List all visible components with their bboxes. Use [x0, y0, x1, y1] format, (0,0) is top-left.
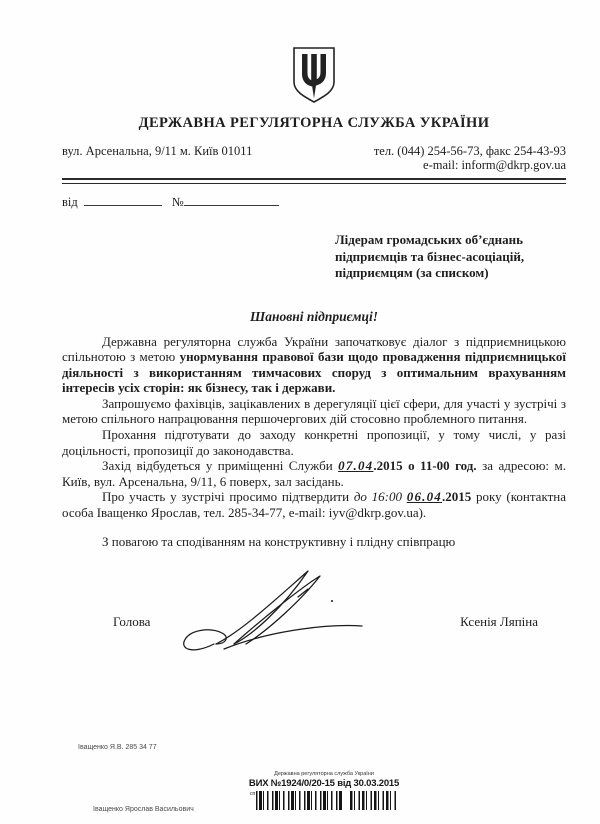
barcode-label: сп	[250, 791, 255, 797]
signature-block: Голова Ксенія Ляпіна	[62, 597, 566, 667]
paragraph-text: Запрошуємо фахівців, зацікавлених в дере…	[62, 396, 566, 427]
recipient-block: Лідерам громадських об’єднань підприємці…	[335, 232, 566, 282]
signer-name: Ксенія Ляпіна	[460, 614, 538, 630]
letter-content: ДЕРЖАВНА РЕГУЛЯТОРНА СЛУЖБА УКРАЇНИ вул.…	[0, 0, 600, 667]
letter-body: Державна регуляторна служба України запо…	[62, 334, 566, 550]
paragraph-bold-text: .2015	[442, 489, 471, 504]
handwritten-date: 06.04	[407, 489, 442, 504]
handwritten-signature-icon	[180, 563, 395, 663]
paragraph-italic-text: до 16:00	[354, 489, 407, 504]
number-label: №	[172, 195, 184, 209]
date-label: від	[62, 195, 78, 209]
recipient-line: підприємцям (за списком)	[335, 265, 566, 282]
salutation: Шановні підприємці!	[62, 309, 566, 325]
closing-line: З повагою та сподіванням на конструктивн…	[62, 534, 566, 550]
paragraph-text: Прохання підготувати до заходу конкретні…	[62, 427, 566, 458]
stamp-org-name: Державна регуляторна служба України	[248, 771, 400, 777]
executor-full-name: Іващенко Ярослав Васильович	[93, 806, 194, 813]
recipient-line: підприємців та бізнес-асоціацій,	[335, 249, 566, 266]
org-phone-fax: тел. (044) 254-56-73, факс 254-43-93	[374, 144, 566, 158]
paragraph-text: Про участь у зустрічі просимо підтвердит…	[102, 489, 354, 504]
recipient-line: Лідерам громадських об’єднань	[335, 232, 566, 249]
org-email: e-mail: inform@dkrp.gov.ua	[423, 158, 566, 172]
closing-text: З повагою та сподіванням на конструктивн…	[102, 534, 455, 549]
date-blank-field	[84, 193, 162, 206]
registration-barcode-icon	[256, 791, 342, 810]
body-paragraph-5: Про участь у зустрічі просимо підтвердит…	[62, 489, 566, 520]
executor-contact-small: Іващенко Я.В. 285 34 77	[78, 744, 157, 751]
letterhead-divider	[62, 178, 566, 184]
ukraine-trident-emblem-icon	[288, 46, 340, 104]
barcode-row: сп	[250, 791, 400, 810]
org-phone-email: тел. (044) 254-56-73, факс 254-43-93 e-m…	[374, 144, 566, 172]
body-paragraph-2: Запрошуємо фахівців, зацікавлених в дере…	[62, 396, 566, 427]
reference-line: від№	[62, 193, 566, 210]
handwritten-date: 07.04	[338, 458, 373, 473]
body-paragraph-3: Прохання підготувати до заходу конкретні…	[62, 427, 566, 458]
registration-barcode-icon	[350, 791, 398, 810]
registration-stamp: Державна регуляторна служба України ВИХ …	[248, 771, 400, 810]
letterhead-contact-row: вул. Арсенальна, 9/11 м. Київ 01011 тел.…	[62, 144, 566, 172]
body-paragraph-4: Захід відбудеться у приміщенні Служби 07…	[62, 458, 566, 489]
signer-title: Голова	[113, 614, 150, 630]
scanned-letter-page: ДЕРЖАВНА РЕГУЛЯТОРНА СЛУЖБА УКРАЇНИ вул.…	[0, 0, 600, 824]
stamp-registration-number: ВИХ №1924/0/20-15 від 30.03.2015	[248, 778, 400, 789]
number-blank-field	[184, 193, 279, 206]
body-paragraph-1: Державна регуляторна служба України запо…	[62, 334, 566, 396]
paragraph-bold-text: .2015 о 11-00 год.	[373, 458, 476, 473]
paragraph-text: Захід відбудеться у приміщенні Служби	[102, 458, 338, 473]
org-address: вул. Арсенальна, 9/11 м. Київ 01011	[62, 144, 252, 159]
organization-title: ДЕРЖАВНА РЕГУЛЯТОРНА СЛУЖБА УКРАЇНИ	[62, 115, 566, 132]
